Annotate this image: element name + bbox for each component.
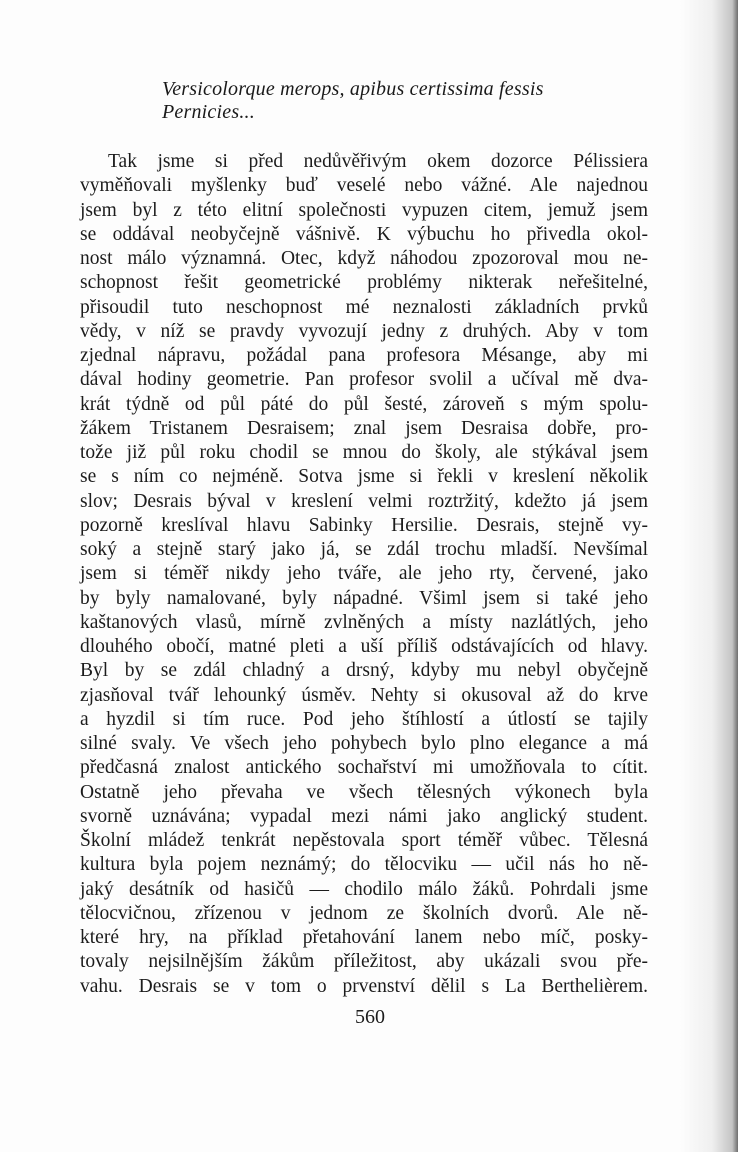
text-line: dával hodiny geometrie. Pan profesor svo…	[80, 368, 648, 392]
page-edge	[738, 0, 750, 1152]
text-line: tovaly nejsilnějším žákům příležitost, a…	[80, 950, 648, 974]
text-line: kaštanových vlasů, mírně zvlněných a mís…	[80, 611, 648, 635]
text-line: se oddával neobyčejně vášnivě. K výbuchu…	[80, 223, 648, 247]
text-line: slov; Desrais býval v kreslení velmi roz…	[80, 490, 648, 514]
text-line: dlouhého obočí, matné pleti a uší příliš…	[80, 635, 648, 659]
text-line: Tak jsme si před nedůvěřivým okem dozorc…	[80, 150, 648, 174]
epigraph: Versicolorque merops, apibus certissima …	[162, 78, 544, 124]
page-gutter-shadow	[680, 0, 738, 1152]
book-page: Versicolorque merops, apibus certissima …	[0, 0, 750, 1152]
text-line: schopnost řešit geometrické problémy nik…	[80, 271, 648, 295]
text-line: vědy, v níž se pravdy vyvozují jedny z d…	[80, 320, 648, 344]
body-paragraph: Tak jsme si před nedůvěřivým okem dozorc…	[80, 150, 648, 999]
text-line: nost málo významná. Otec, když náhodou z…	[80, 247, 648, 271]
text-line: žákem Tristanem Desraisem; znal jsem Des…	[80, 417, 648, 441]
text-line: Byl by se zdál chladný a drsný, kdyby mu…	[80, 659, 648, 683]
epigraph-line: Pernicies...	[162, 101, 544, 124]
text-line: jsem si téměř nikdy jeho tváře, ale jeho…	[80, 562, 648, 586]
text-line: by byly namalované, byly nápadné. Všiml …	[80, 587, 648, 611]
text-line: zjasňoval tvář lehounký úsměv. Nehty si …	[80, 684, 648, 708]
text-line: vahu. Desrais se v tom o prvenství dělil…	[80, 975, 648, 999]
text-line: kultura byla pojem neznámý; do tělocviku…	[80, 853, 648, 877]
text-line: vyměňovali myšlenky buď veselé nebo vážn…	[80, 174, 648, 198]
text-line: svorně uznávána; vypadal mezi námi jako …	[80, 805, 648, 829]
text-line: Školní mládež tenkrát nepěstovala sport …	[80, 829, 648, 853]
text-line: a hyzdil si tím ruce. Pod jeho štíhlostí…	[80, 708, 648, 732]
epigraph-line: Versicolorque merops, apibus certissima …	[162, 78, 544, 101]
text-line: předčasná znalost antického sochařství m…	[80, 756, 648, 780]
text-line: tělocvičnou, zřízenou v jednom ze školní…	[80, 902, 648, 926]
text-line: se s ním co nejméně. Sotva jsme si řekli…	[80, 465, 648, 489]
text-line: tože již půl roku chodil se mnou do škol…	[80, 441, 648, 465]
text-line: jaký desátník od hasičů — chodilo málo ž…	[80, 878, 648, 902]
text-line: přisoudil tuto neschopnost mé neznalosti…	[80, 296, 648, 320]
text-line: silné svaly. Ve všech jeho pohybech bylo…	[80, 732, 648, 756]
text-line: pozorně kreslíval hlavu Sabinky Hersilie…	[80, 514, 648, 538]
text-line: soký a stejně starý jako já, se zdál tro…	[80, 538, 648, 562]
text-line: zjednal nápravu, požádal pana profesora …	[80, 344, 648, 368]
text-line: krát týdně od půl páté do půl šesté, zár…	[80, 393, 648, 417]
text-line: Ostatně jeho převaha ve všech tělesných …	[80, 781, 648, 805]
page-number: 560	[0, 1006, 750, 1029]
text-line: jsem byl z této elitní společnosti vypuz…	[80, 199, 648, 223]
text-line: které hry, na příklad přetahování lanem …	[80, 926, 648, 950]
